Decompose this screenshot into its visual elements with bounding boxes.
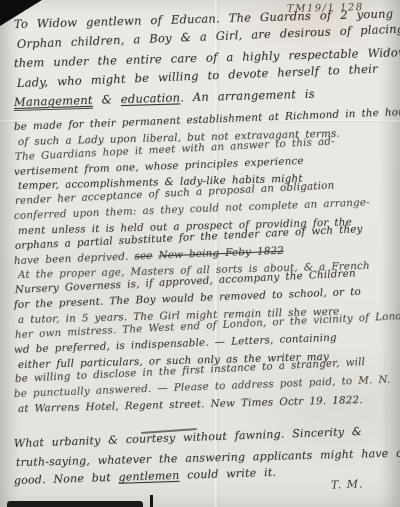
manuscript-scan: TM19/1 128 To Widow gentlewn of Educan. … bbox=[0, 0, 400, 507]
underlined-word: Management bbox=[14, 93, 93, 111]
backdrop-strip-bottom bbox=[7, 501, 143, 507]
line-segment: good. None but bbox=[14, 471, 119, 487]
line-segment: . An arrangement is bbox=[180, 87, 315, 105]
signature-initials: T. M. bbox=[331, 477, 364, 491]
paragraph-advertisement-intro: To Widow gentlewn of Educan. The Guardns… bbox=[14, 17, 394, 115]
crease-mark-bottom bbox=[150, 495, 153, 507]
struck-word: see bbox=[134, 249, 153, 262]
paragraph-advertisement-body: be made for their permanent establishmen… bbox=[14, 121, 394, 418]
line-segment: could write it. bbox=[179, 466, 276, 482]
underlined-word: gentlemen bbox=[118, 469, 179, 484]
underlined-word: education bbox=[121, 91, 181, 107]
line-segment: & bbox=[92, 92, 121, 107]
